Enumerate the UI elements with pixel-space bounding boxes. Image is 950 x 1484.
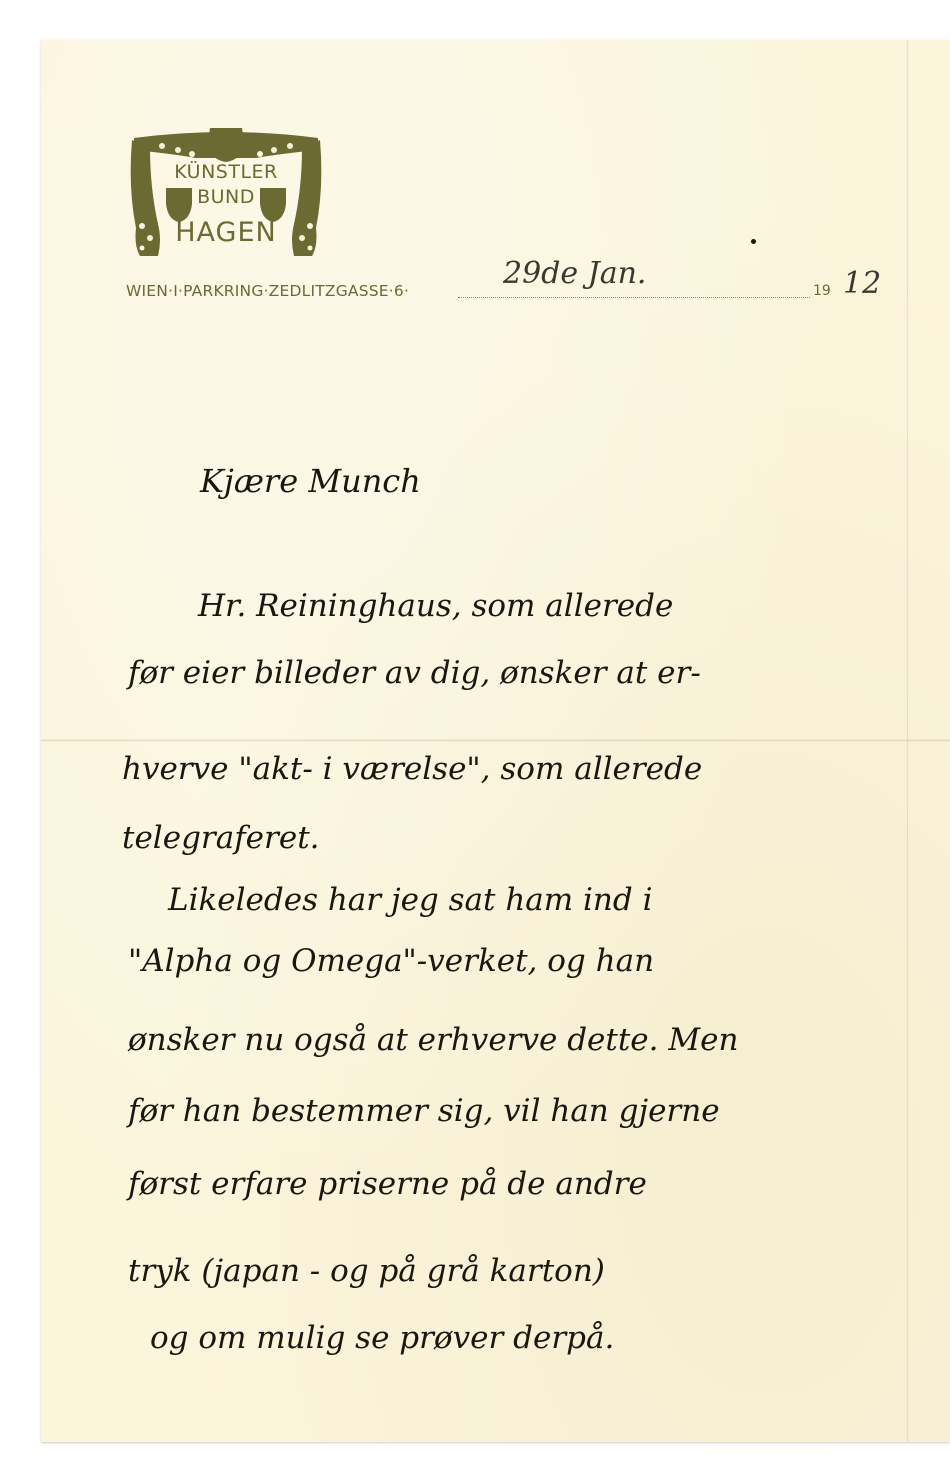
- ink-dot: [751, 239, 756, 244]
- letter-line: telegraferet.: [122, 820, 320, 856]
- printed-year-prefix: 19: [813, 283, 831, 299]
- logo-text-bund: BUND: [128, 186, 324, 208]
- logo-text-hagen: HAGEN: [128, 217, 324, 248]
- letter-line: før han bestemmer sig, vil han gjerne: [128, 1093, 720, 1129]
- kunstlerbund-hagen-logo: KÜNSTLER BUND HAGEN: [128, 128, 324, 258]
- letter-line: før eier billeder av dig, ønsker at er-: [128, 655, 701, 691]
- letter-line: "Alpha og Omega"-verket, og han: [128, 943, 654, 979]
- letter-line: og om mulig se prøver derpå.: [150, 1320, 614, 1356]
- handwritten-date: 29de Jan.: [503, 256, 646, 291]
- letterhead-address: WIEN·I·PARKRING·ZEDLITZGASSE·6·: [126, 282, 409, 300]
- letter-line: Likeledes har jeg sat ham ind i: [168, 882, 653, 918]
- handwritten-year: 12: [843, 266, 881, 301]
- logo-text-kunstler: KÜNSTLER: [128, 161, 324, 183]
- date-dotted-line: [458, 297, 810, 298]
- letter-line: ønsker nu også at erhverve dette. Men: [128, 1022, 738, 1058]
- letter-line: først erfare priserne på de andre: [128, 1166, 647, 1202]
- paper-fold-line: [41, 739, 950, 742]
- salutation: Kjære Munch: [200, 462, 421, 500]
- letter-line: hverve "akt- i værelse", som allerede: [122, 751, 702, 787]
- letter-line: Hr. Reininghaus, som allerede: [198, 588, 673, 624]
- letter-line: tryk (japan - og på grå karton): [128, 1253, 605, 1289]
